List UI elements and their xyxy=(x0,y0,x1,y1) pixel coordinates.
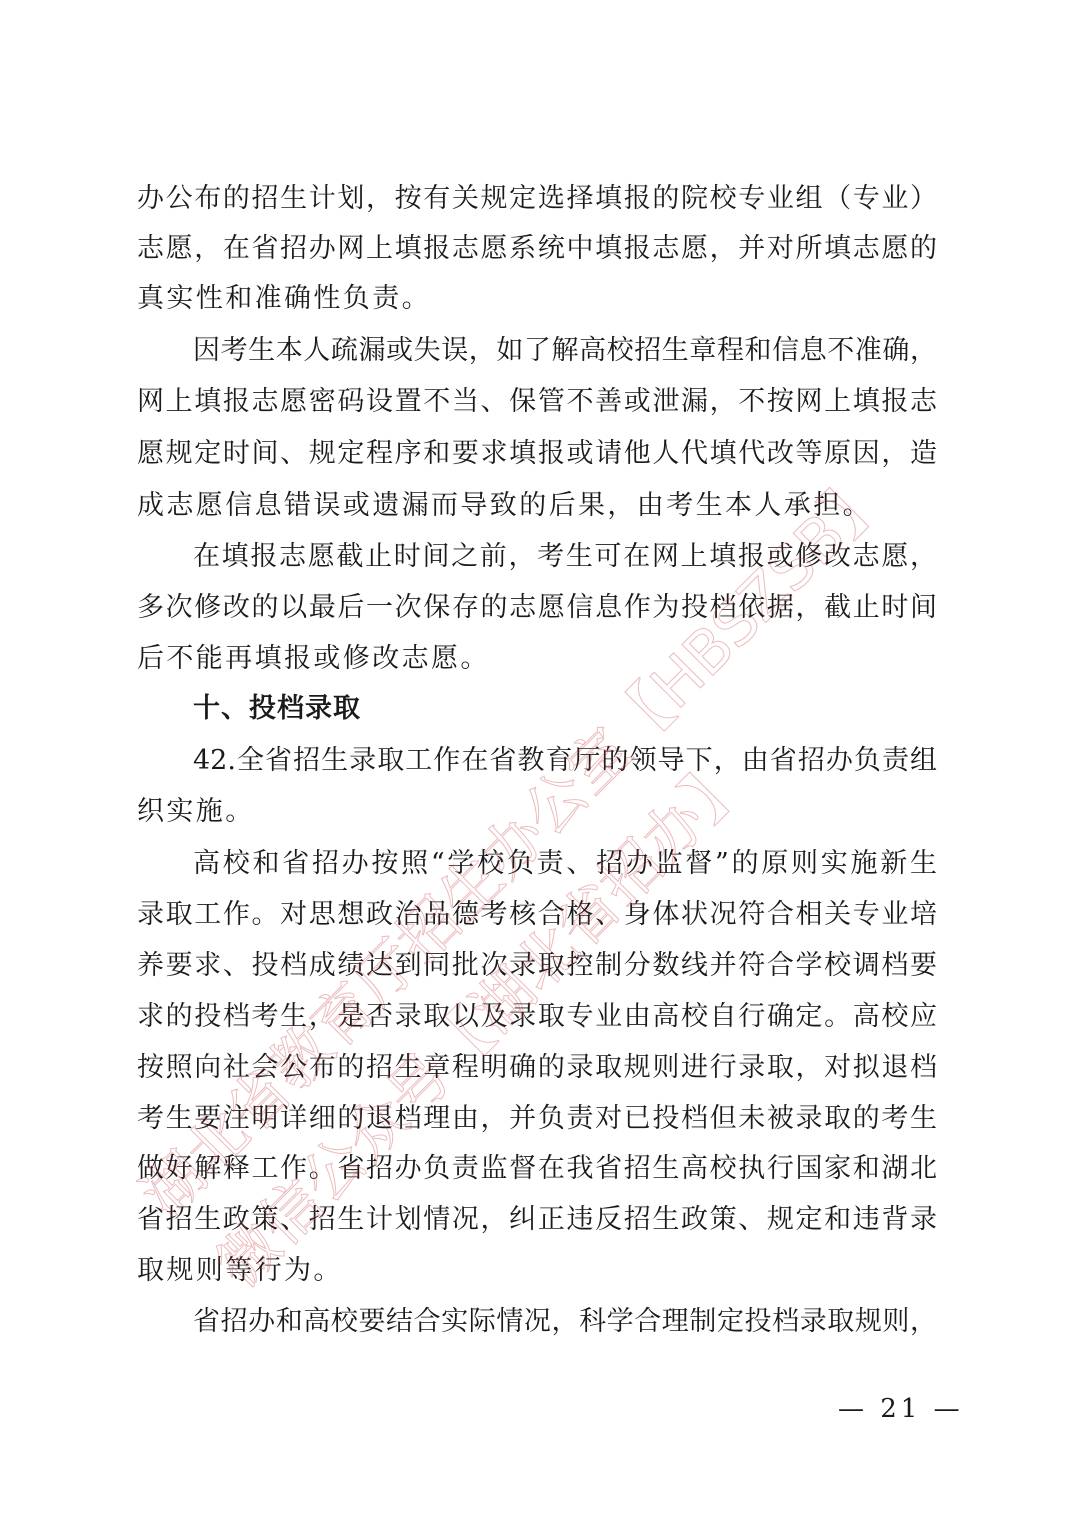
text-line: 省招办和高校要结合实际情况，科学合理制定投档录取规则， xyxy=(137,1297,937,1347)
page-number: — 21 — xyxy=(838,1394,964,1424)
text-line: 录取工作。对思想政治品德考核合格、身体状况符合相关专业培 xyxy=(137,890,937,940)
text-line: 按照向社会公布的招生章程明确的录取规则进行录取，对拟退档 xyxy=(137,1043,937,1093)
text-line: 愿规定时间、规定程序和要求填报或请他人代填代改等原因，造 xyxy=(137,429,937,479)
text-line: 考生要注明详细的退档理由，并负责对已投档但未被录取的考生 xyxy=(137,1094,937,1144)
text-line: 成志愿信息错误或遗漏而导致的后果，由考生本人承担。 xyxy=(137,481,937,531)
text-line: 因考生本人疏漏或失误，如了解高校招生章程和信息不准确， xyxy=(137,326,937,376)
document-page: 办公布的招生计划，按有关规定选择填报的院校专业组（专业）志愿，在省招办网上填报志… xyxy=(0,0,1080,1527)
text-line: 真实性和准确性负责。 xyxy=(137,274,937,324)
text-line: 网上填报志愿密码设置不当、保管不善或泄漏，不按网上填报志 xyxy=(137,377,937,427)
text-line: 多次修改的以最后一次保存的志愿信息作为投档依据，截止时间 xyxy=(137,583,937,633)
text-line: 高校和省招办按照“学校负责、招办监督”的原则实施新生 xyxy=(137,839,937,889)
text-line: 志愿，在省招办网上填报志愿系统中填报志愿，并对所填志愿的 xyxy=(137,224,937,274)
text-line: 养要求、投档成绩达到同批次录取控制分数线并符合学校调档要 xyxy=(137,941,937,991)
text-line: 求的投档考生，是否录取以及录取专业由高校自行确定。高校应 xyxy=(137,992,937,1042)
text-line: 42.全省招生录取工作在省教育厅的领导下，由省招办负责组 xyxy=(137,736,937,786)
text-line: 后不能再填报或修改志愿。 xyxy=(137,634,937,684)
text-line: 做好解释工作。省招办负责监督在我省招生高校执行国家和湖北 xyxy=(137,1144,937,1194)
text-line: 办公布的招生计划，按有关规定选择填报的院校专业组（专业） xyxy=(137,174,937,224)
text-line: 省招生政策、招生计划情况，纠正违反招生政策、规定和违背录 xyxy=(137,1195,937,1245)
text-line: 在填报志愿截止时间之前，考生可在网上填报或修改志愿， xyxy=(137,532,937,582)
section-heading: 十、投档录取 xyxy=(137,684,937,734)
text-line: 取规则等行为。 xyxy=(137,1246,937,1296)
text-line: 织实施。 xyxy=(137,787,937,837)
